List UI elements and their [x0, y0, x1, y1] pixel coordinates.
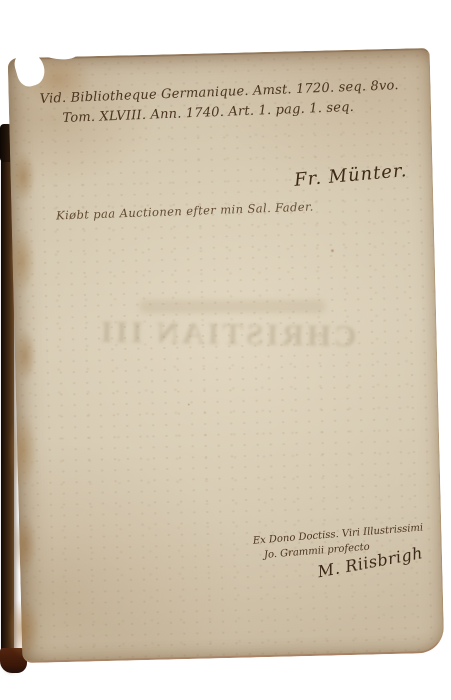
book-photo: Vid. Bibliotheque Germanique. Amst. 1720…: [0, 0, 451, 700]
showthrough-title: CHRISTIAN III: [93, 314, 362, 355]
gutter-water-stain: [9, 135, 41, 660]
showthrough-text-band: [140, 300, 325, 313]
